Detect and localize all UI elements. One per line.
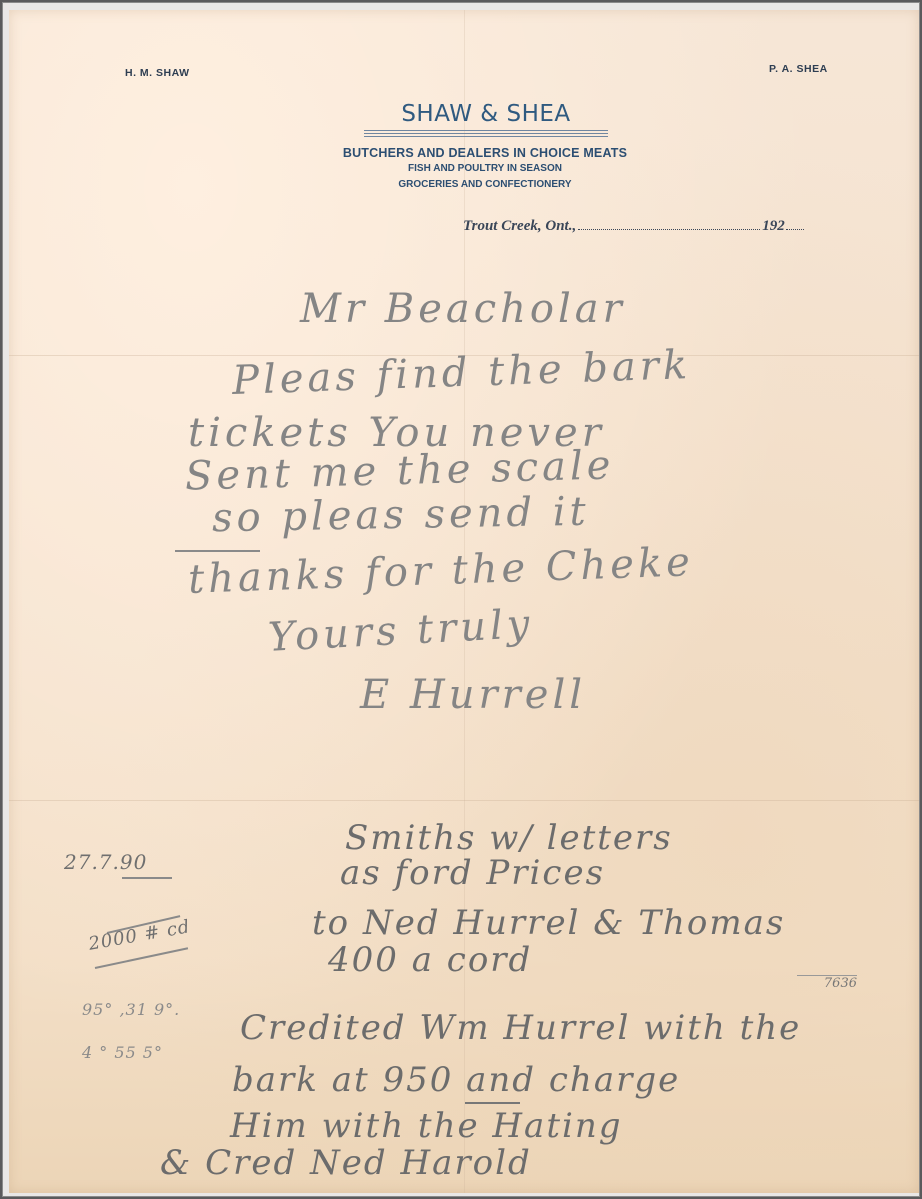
place-name: Trout Creek, Ont., (463, 218, 576, 234)
note-line-7: Him with the Hating (230, 1106, 623, 1146)
note-line-6: bark at 950 and charge (232, 1060, 680, 1100)
salutation: Mr Beacholar (300, 286, 626, 332)
note-line-5: Credited Wm Hurrel with the (240, 1008, 801, 1048)
underline-950 (465, 1102, 520, 1104)
annotation-figures-2: 4 ° 55 5° (82, 1043, 163, 1062)
letter-line-4: so pleas send it (212, 489, 590, 542)
date-underline (122, 877, 172, 879)
date-blank (578, 228, 760, 230)
note-line-2: as ford Prices (340, 853, 605, 893)
partner-right: P. A. SHEA (769, 63, 828, 75)
partner-left: H. M. SHAW (125, 67, 190, 79)
place-date-line: Trout Creek, Ont.,192 (463, 218, 848, 238)
note-line-4: 400 a cord (328, 940, 532, 980)
firm-rule (364, 133, 608, 134)
underline-so (175, 550, 260, 552)
year-prefix: 192 (762, 218, 785, 234)
firm-rule (364, 136, 608, 137)
note-line-1: Smiths w/ letters (345, 818, 673, 858)
note-line-3: to Ned Hurrel & Thomas (312, 903, 785, 943)
tagline-fish: FISH AND POULTRY IN SEASON (200, 163, 770, 174)
annotation-figures-1: 95° ,31 9°. (82, 1000, 180, 1019)
annotation-date: 27.7.90 (64, 850, 147, 874)
firm-rule (364, 130, 608, 131)
tagline-meats: BUTCHERS AND DEALERS IN CHOICE MEATS (200, 146, 770, 160)
boxed-number: 7636 (797, 975, 857, 998)
note-line-8: & Cred Ned Harold (160, 1143, 532, 1183)
year-blank (786, 228, 804, 230)
firm-name: SHAW & SHEA (364, 101, 608, 127)
signature: E Hurrell (360, 672, 586, 718)
tagline-groceries: GROCERIES AND CONFECTIONERY (200, 179, 770, 190)
